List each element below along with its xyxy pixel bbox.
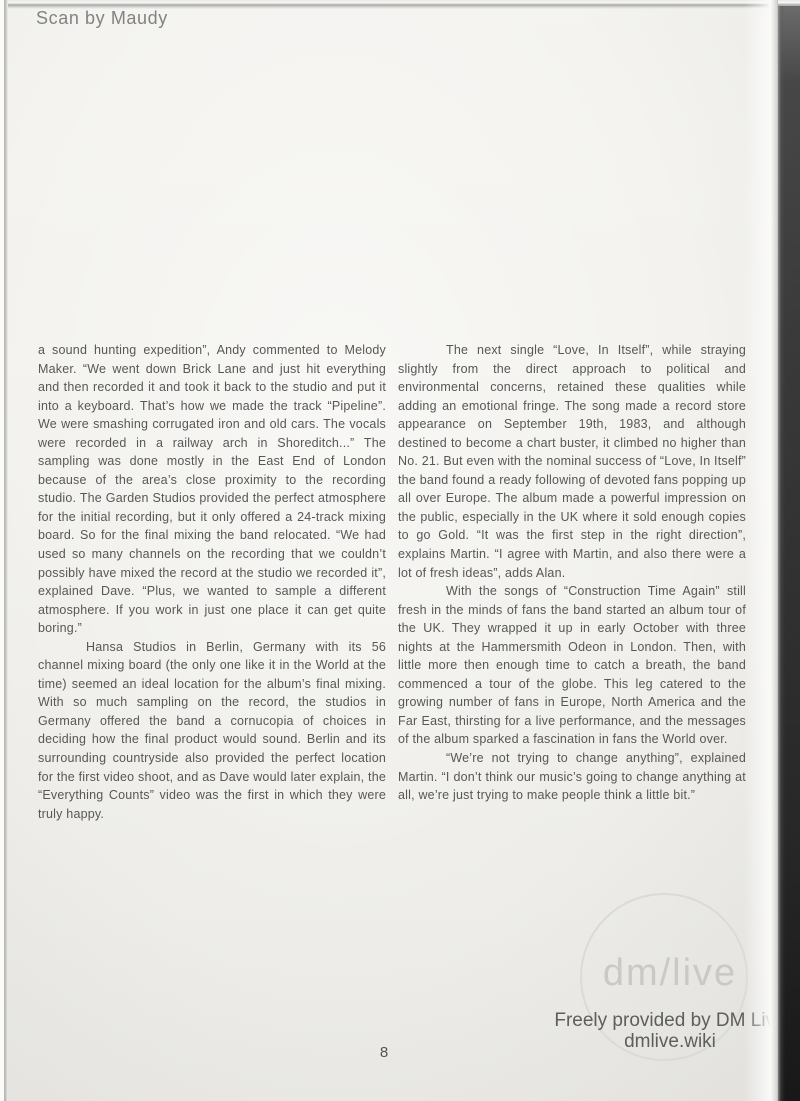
left-column: a sound hunting expedition”, Andy commen… [38,341,386,823]
scan-edge-top [0,0,800,9]
scan-edge-left [0,0,8,1101]
watermark-circle-icon [580,893,748,1061]
page-curl-highlight [744,0,778,1101]
paragraph: Hansa Studios in Berlin, Germany with it… [38,638,386,823]
scan-credit: Scan by Maudy [36,8,168,29]
paragraph: With the songs of “Construction Time Aga… [398,582,746,749]
paragraph: The next single “Love, In Itself”, while… [398,341,746,582]
watermark-credit-line: Freely provided by DM Live [520,1010,800,1032]
scanned-book-page: Scan by Maudy a sound hunting expedition… [0,0,800,1101]
paragraph: a sound hunting expedition”, Andy commen… [38,341,386,638]
paragraph: “We’re not trying to change anything”, e… [398,749,746,805]
right-column: The next single “Love, In Itself”, while… [398,341,746,823]
dmlive-logo: dm/live [540,952,800,995]
article-body: a sound hunting expedition”, Andy commen… [38,341,746,823]
book-spine-shadow [778,6,800,1101]
page-number: 8 [38,1044,730,1061]
